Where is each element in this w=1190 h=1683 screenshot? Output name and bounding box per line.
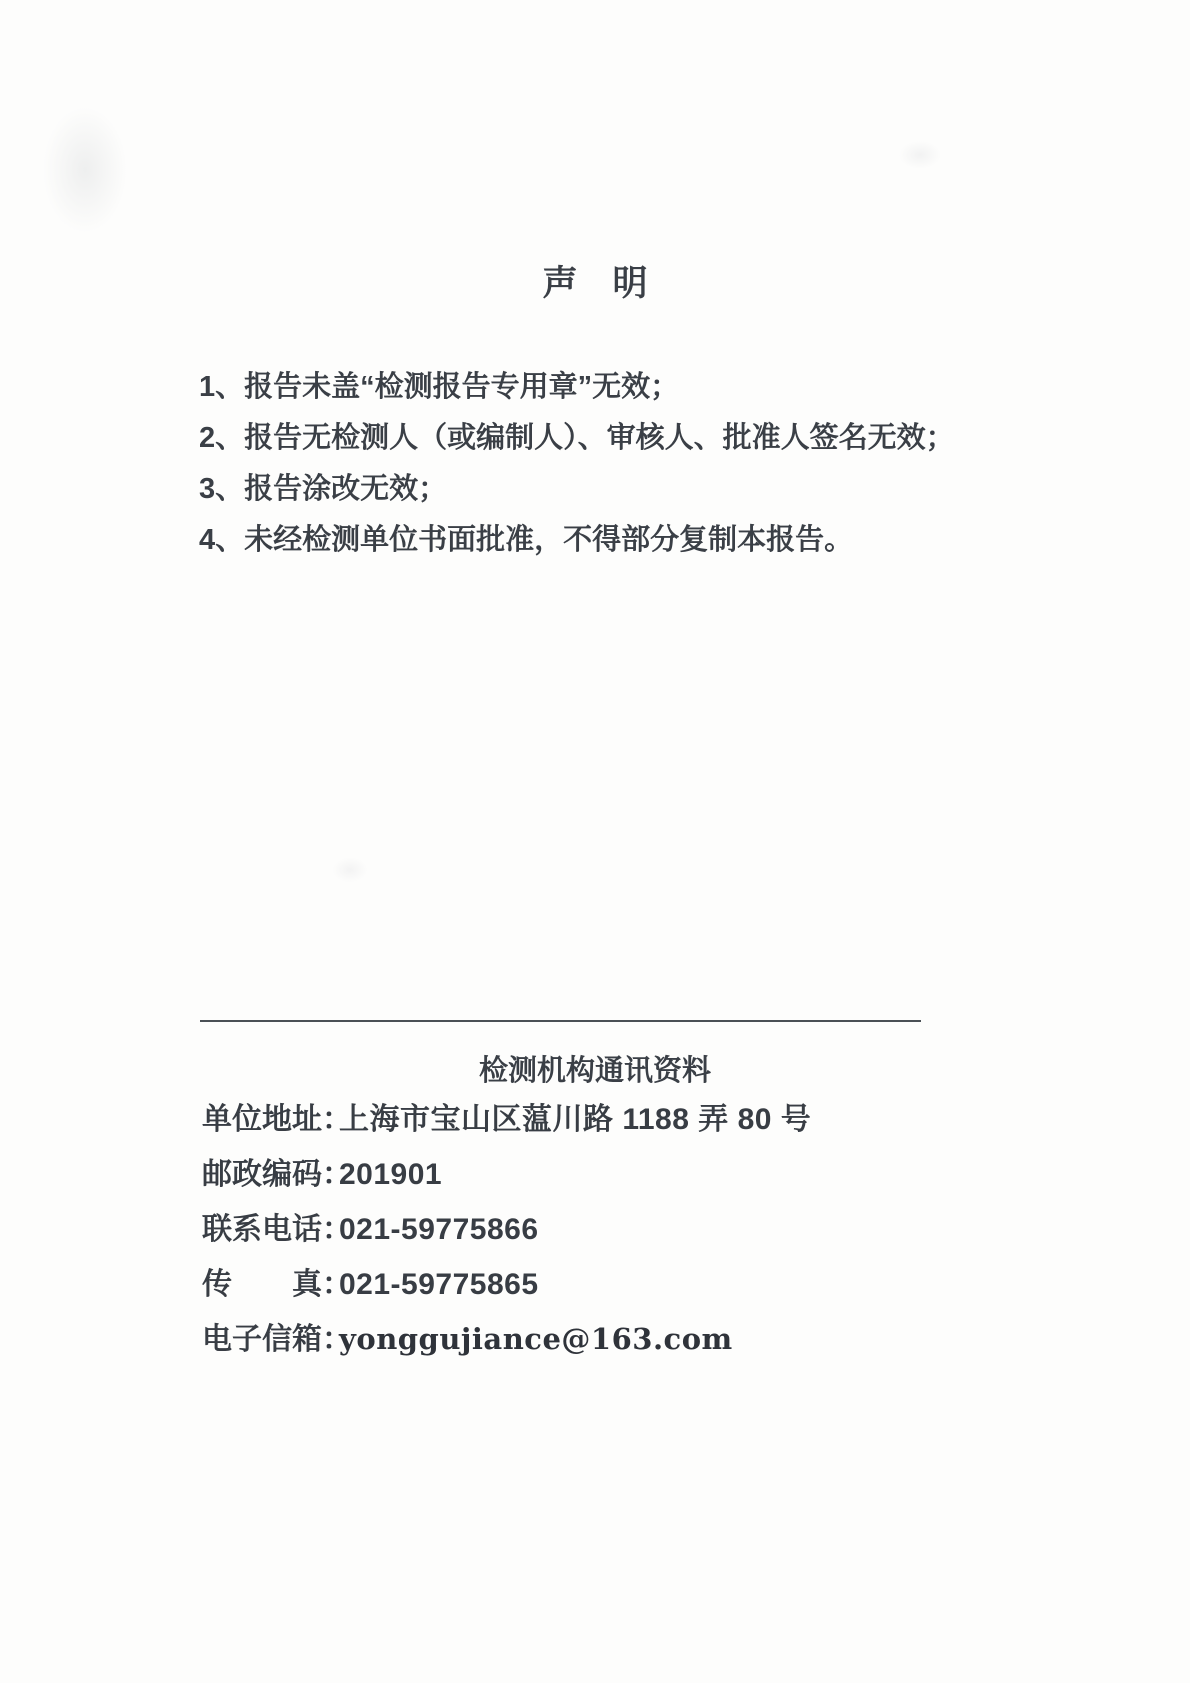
- contact-row-email: 电子信箱：yonggujiance@163.com: [202, 1324, 811, 1355]
- notice-item-4: 4、未经检测单位书面批准，不得部分复制本报告。: [199, 525, 955, 555]
- fax-value: 021-59775865: [339, 1268, 539, 1301]
- email-label: 电子信箱：: [202, 1324, 339, 1355]
- fax-label: 传 真：: [202, 1269, 339, 1300]
- postcode-value: 201901: [339, 1158, 442, 1191]
- document-page: 声 明 1、报告未盖“检测报告专用章”无效； 2、报告无检测人（或编制人）、审核…: [0, 0, 1190, 1683]
- notice-item-2: 2、报告无检测人（或编制人）、审核人、批准人签名无效；: [199, 423, 955, 453]
- contact-info-block: 单位地址：上海市宝山区蕰川路 1188 弄 80 号 邮政编码：201901 联…: [202, 1104, 811, 1379]
- contact-row-fax: 传 真：021-59775865: [202, 1269, 811, 1300]
- divider-line: [200, 1020, 921, 1022]
- notice-item-3: 3、报告涂改无效；: [199, 474, 955, 504]
- postcode-label: 邮政编码：: [202, 1159, 339, 1190]
- contact-row-postcode: 邮政编码：201901: [202, 1159, 811, 1190]
- statement-title: 声 明: [0, 256, 1190, 306]
- phone-value: 021-59775866: [339, 1213, 539, 1246]
- contact-row-phone: 联系电话：021-59775866: [202, 1214, 811, 1245]
- address-label: 单位地址：: [202, 1104, 339, 1135]
- contact-heading: 检测机构通讯资料: [0, 1048, 1190, 1089]
- notice-item-1: 1、报告未盖“检测报告专用章”无效；: [199, 372, 955, 402]
- phone-label: 联系电话：: [202, 1214, 339, 1245]
- contact-row-address: 单位地址：上海市宝山区蕰川路 1188 弄 80 号: [202, 1104, 811, 1135]
- address-value: 上海市宝山区蕰川路 1188 弄 80 号: [339, 1103, 811, 1136]
- statement-notice-list: 1、报告未盖“检测报告专用章”无效； 2、报告无检测人（或编制人）、审核人、批准…: [199, 372, 955, 576]
- email-value: yonggujiance@163.com: [339, 1322, 733, 1356]
